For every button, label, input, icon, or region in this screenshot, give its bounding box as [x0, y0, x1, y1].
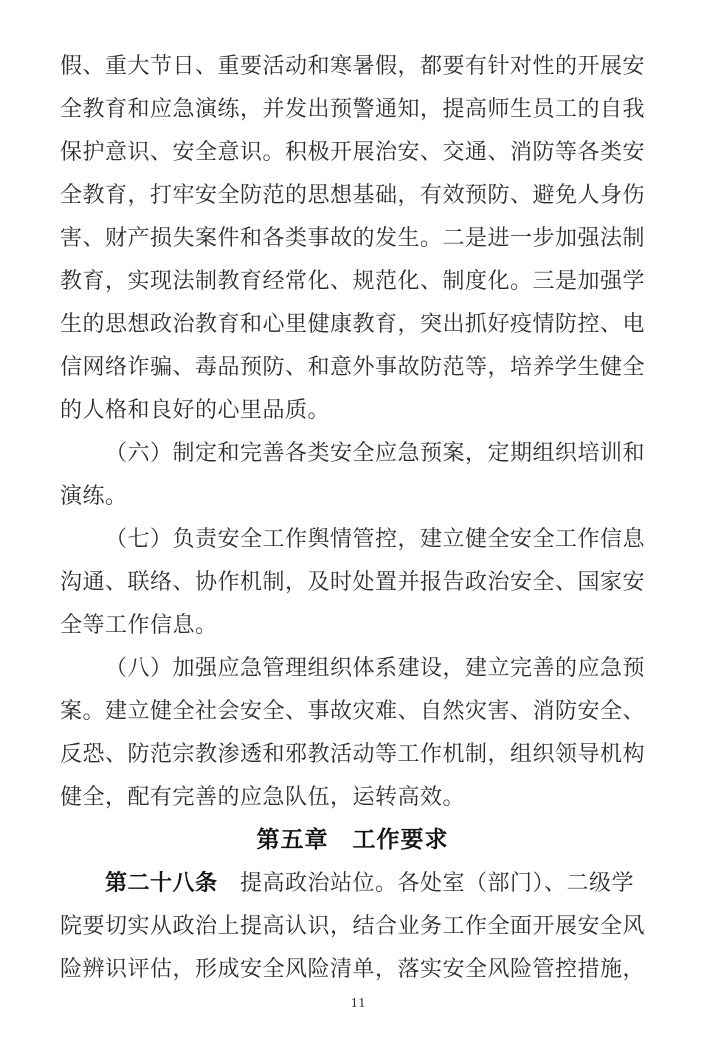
document-line: 全教育和应急演练，并发出预警通知，提高师生员工的自我	[60, 87, 645, 130]
document-line: 保护意识、安全意识。积极开展治安、交通、消防等各类安	[60, 130, 645, 173]
article-number-bold: 第二十八条	[105, 870, 218, 895]
document-line: 害、财产损失案件和各类事故的发生。二是进一步加强法制	[60, 216, 645, 259]
document-line: 健全，配有完善的应急队伍，运转高效。	[60, 775, 645, 818]
document-line: 教育，实现法制教育经常化、规范化、制度化。三是加强学	[60, 259, 645, 302]
document-line: 沟通、联络、协作机制，及时处置并报告政治安全、国家安	[60, 560, 645, 603]
chapter-heading: 第五章 工作要求	[60, 818, 645, 861]
document-line: （七）负责安全工作舆情管控，建立健全安全工作信息	[60, 517, 645, 560]
document-line: 的人格和良好的心里品质。	[60, 388, 645, 431]
document-page: 假、重大节日、重要活动和寒暑假，都要有针对性的开展安全教育和应急演练，并发出预警…	[0, 0, 717, 1062]
document-line: 全教育，打牢安全防范的思想基础，有效预防、避免人身伤	[60, 173, 645, 216]
document-line: 险辨识评估，形成安全风险清单，落实安全风险管控措施，	[60, 947, 645, 990]
article-first-line: 第二十八条 提高政治站位。各处室（部门）、二级学	[60, 861, 645, 904]
document-line: 假、重大节日、重要活动和寒暑假，都要有针对性的开展安	[60, 44, 645, 87]
page-number: 11	[0, 996, 717, 1012]
document-text-block: 假、重大节日、重要活动和寒暑假，都要有针对性的开展安全教育和应急演练，并发出预警…	[60, 44, 645, 990]
document-line: （八）加强应急管理组织体系建设，建立完善的应急预	[60, 646, 645, 689]
document-line: 案。建立健全社会安全、事故灾难、自然灾害、消防安全、	[60, 689, 645, 732]
document-line: 反恐、防范宗教渗透和邪教活动等工作机制，组织领导机构	[60, 732, 645, 775]
document-line: 演练。	[60, 474, 645, 517]
document-line: （六）制定和完善各类安全应急预案，定期组织培训和	[60, 431, 645, 474]
document-line: 信网络诈骗、毒品预防、和意外事故防范等，培养学生健全	[60, 345, 645, 388]
document-line: 全等工作信息。	[60, 603, 645, 646]
document-line: 生的思想政治教育和心里健康教育，突出抓好疫情防控、电	[60, 302, 645, 345]
document-line: 院要切实从政治上提高认识，结合业务工作全面开展安全风	[60, 904, 645, 947]
